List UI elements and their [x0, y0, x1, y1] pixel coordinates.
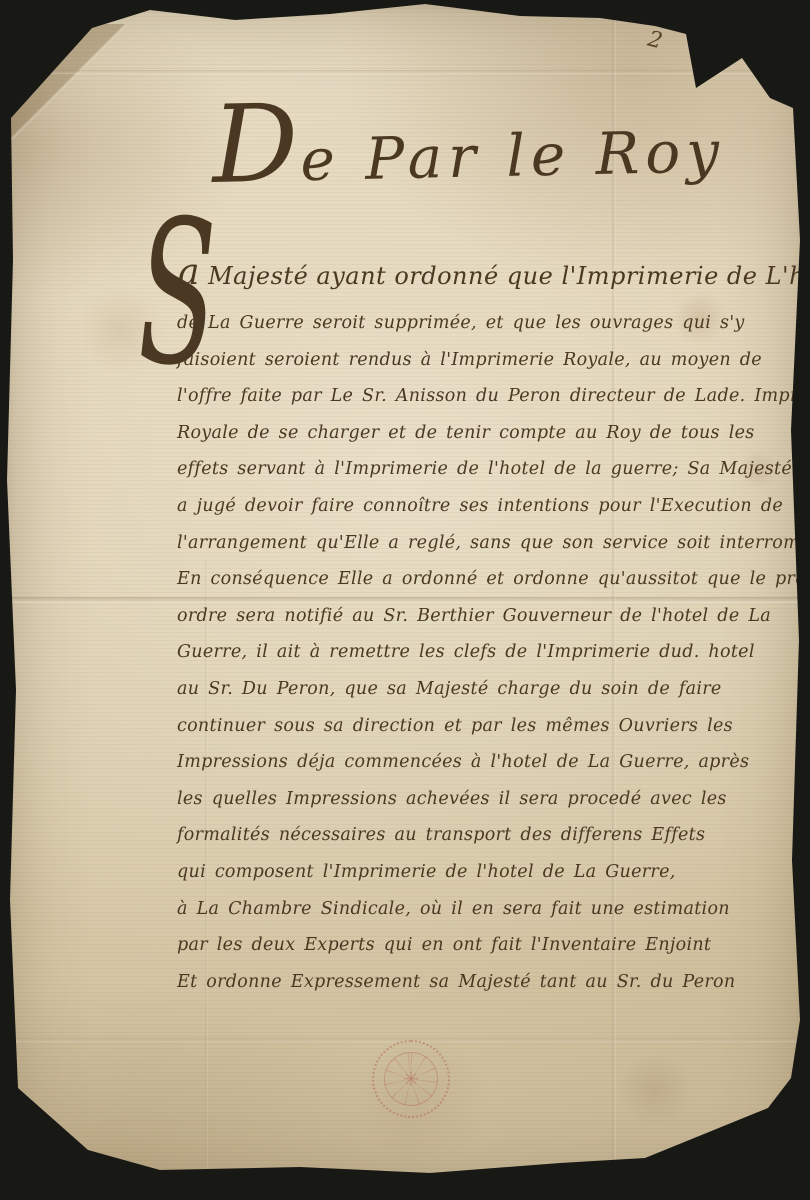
manuscript-line: qui composent l'Imprimerie de l'hotel de… — [177, 854, 759, 891]
photograph-background: 2 De Par le Roy S a Majesté ayant ordonn… — [0, 0, 810, 1200]
manuscript-line: continuer sous sa direction et par les m… — [177, 708, 759, 745]
manuscript-body: de La Guerre seroit supprimée, et que le… — [177, 305, 759, 1000]
red-library-stamp: ✳ — [372, 1040, 450, 1118]
manuscript-page: 2 De Par le Roy S a Majesté ayant ordonn… — [0, 0, 810, 1200]
manuscript-line: de La Guerre seroit supprimée, et que le… — [177, 305, 759, 342]
manuscript-line: a Majesté ayant ordonné que l'Imprimerie… — [178, 252, 758, 293]
manuscript-line: faisoient seroient rendus à l'Imprimerie… — [177, 342, 759, 379]
manuscript-line: à La Chambre Sindicale, où il en sera fa… — [177, 891, 759, 928]
manuscript-line: En conséquence Elle a ordonné et ordonne… — [177, 561, 759, 598]
manuscript-line: au Sr. Du Peron, que sa Majesté charge d… — [177, 671, 759, 708]
manuscript-line: formalités nécessaires au transport des … — [177, 817, 759, 854]
manuscript-line: par les deux Experts qui en ont fait l'I… — [177, 927, 759, 964]
manuscript-line: a jugé devoir faire connoître ses intent… — [177, 488, 759, 525]
manuscript-line: effets servant à l'Imprimerie de l'hotel… — [177, 451, 759, 488]
manuscript-line: ordre sera notifié au Sr. Berthier Gouve… — [177, 598, 759, 635]
manuscript-line: Royale de se charger et de tenir compte … — [177, 415, 759, 452]
manuscript-line: Guerre, il ait à remettre les clefs de l… — [177, 634, 759, 671]
stamp-emblem: ✳ — [384, 1052, 438, 1106]
manuscript-line: l'arrangement qu'Elle a reglé, sans que … — [177, 525, 759, 562]
manuscript-line: Et ordonne Expressement sa Majesté tant … — [177, 964, 759, 1001]
manuscript-line: les quelles Impressions achevées il sera… — [177, 781, 759, 818]
document-title: De Par le Roy — [211, 73, 694, 208]
manuscript-line: l'offre faite par Le Sr. Anisson du Pero… — [177, 378, 759, 415]
manuscript-line: Impressions déja commencées à l'hotel de… — [177, 744, 759, 781]
stamp-star-icon: ✳ — [403, 1067, 420, 1091]
